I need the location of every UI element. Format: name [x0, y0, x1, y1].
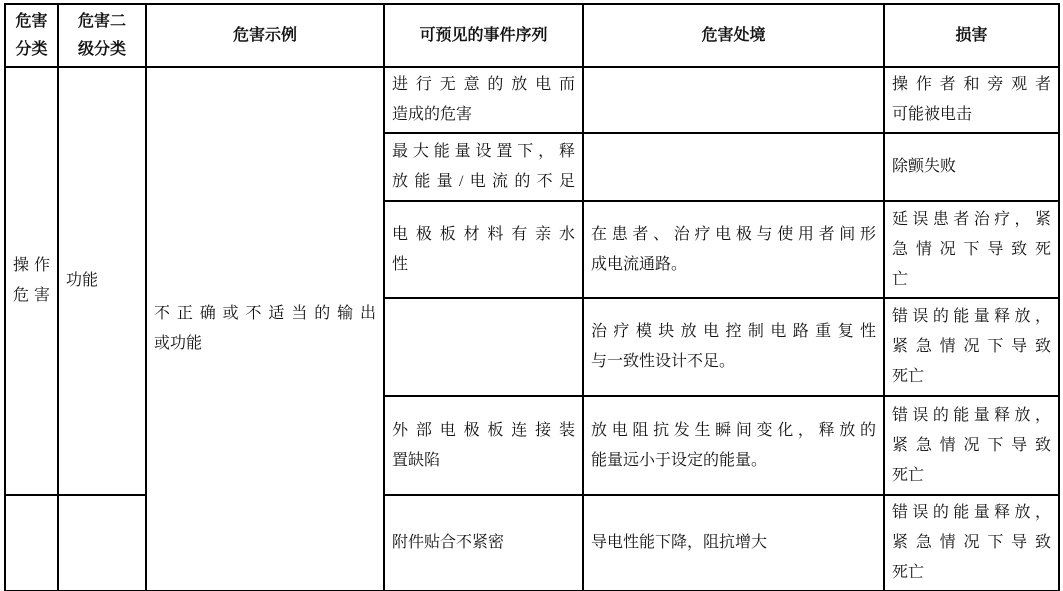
text-line: 危害二	[66, 8, 138, 36]
text-line: 功能	[66, 266, 138, 296]
risk-analysis-table: 危害分类 危害二级分类 危害示例 可预见的事件序列 危害处境 损害 操作危害 功…	[4, 3, 1060, 591]
text-line: 放能量/电流的不足	[392, 167, 575, 197]
text-line: 错误的能量释放，	[892, 498, 1051, 528]
text-line: 成电流通路。	[591, 250, 876, 280]
header-harm: 损害	[884, 4, 1059, 67]
cell-row3-harm: 延误患者治疗，紧急情况下导致死亡	[884, 201, 1059, 298]
text-line: 除颤失败	[892, 152, 1051, 182]
text-line: 损害	[892, 22, 1051, 50]
cell-hazard-class: 操作危害	[5, 67, 58, 495]
text-line: 或功能	[154, 329, 376, 359]
text-line: 导电性能下降，阻抗增大	[591, 528, 876, 558]
cell-row4-event-sequence	[384, 298, 583, 396]
header-hazard-subclass: 危害二级分类	[58, 4, 146, 67]
cell-hazard-class-continuation	[5, 495, 58, 591]
header-row: 危害分类 危害二级分类 危害示例 可预见的事件序列 危害处境 损害	[5, 4, 1059, 67]
text-line: 危害示例	[154, 22, 376, 50]
text-line: 在患者、治疗电极与使用者间形	[591, 220, 876, 250]
header-hazard-example: 危害示例	[146, 4, 384, 67]
cell-row4-harm: 错误的能量释放，紧急情况下导致死亡	[884, 298, 1059, 396]
header-hazardous-situation: 危害处境	[583, 4, 884, 67]
cell-row6-event-sequence: 附件贴合不紧密	[384, 495, 583, 591]
cell-hazard-subclass: 功能	[58, 67, 146, 495]
text-line: 错误的能量释放，	[892, 401, 1051, 431]
text-line: 亡	[892, 265, 1051, 295]
cell-row5-situation: 放电阻抗发生瞬间变化，释放的能量远小于设定的能量。	[583, 396, 884, 495]
text-line: 最大能量设置下，释	[392, 137, 575, 167]
cell-row1-event-sequence: 进行无意的放电而造成的危害	[384, 67, 583, 133]
cell-row2-event-sequence: 最大能量设置下，释放能量/电流的不足	[384, 133, 583, 201]
cell-row1-situation	[583, 67, 884, 133]
header-hazard-class: 危害分类	[5, 4, 58, 67]
cell-row5-event-sequence: 外部电极板连接装置缺陷	[384, 396, 583, 495]
text-line: 延误患者治疗，紧	[892, 205, 1051, 235]
cell-row1-harm: 操作者和旁观者可能被电击	[884, 67, 1059, 133]
text-line: 操作	[13, 251, 50, 281]
text-line: 置缺陷	[392, 446, 575, 476]
cell-row2-situation	[583, 133, 884, 201]
text-line: 可预见的事件序列	[392, 22, 575, 50]
text-line: 级分类	[66, 36, 138, 64]
text-line: 外部电极板连接装	[392, 416, 575, 446]
table-row: 操作危害 功能 不正确或不适当的输出或功能 进行无意的放电而造成的危害 操作者和…	[5, 67, 1059, 133]
text-line: 紧急情况下导致	[892, 431, 1051, 461]
text-line: 操作者和旁观者	[892, 70, 1051, 100]
text-line: 电极板材料有亲水	[392, 220, 575, 250]
text-line: 性	[392, 250, 575, 280]
cell-hazard-subclass-continuation	[58, 495, 146, 591]
text-line: 造成的危害	[392, 100, 575, 130]
text-line: 可能被电击	[892, 100, 1051, 130]
text-line: 危害	[13, 281, 50, 311]
text-line: 死亡	[892, 362, 1051, 392]
text-line: 进行无意的放电而	[392, 70, 575, 100]
text-line: 死亡	[892, 461, 1051, 491]
cell-row3-event-sequence: 电极板材料有亲水性	[384, 201, 583, 298]
text-line: 危害	[13, 8, 50, 36]
text-line: 放电阻抗发生瞬间变化，释放的	[591, 416, 876, 446]
text-line: 危害处境	[591, 22, 876, 50]
cell-row5-harm: 错误的能量释放，紧急情况下导致死亡	[884, 396, 1059, 495]
text-line: 紧急情况下导致	[892, 528, 1051, 558]
text-line: 紧急情况下导致	[892, 332, 1051, 362]
text-line: 能量远小于设定的能量。	[591, 446, 876, 476]
text-line: 分类	[13, 36, 50, 64]
cell-row4-situation: 治疗模块放电控制电路重复性与一致性设计不足。	[583, 298, 884, 396]
cell-hazard-example: 不正确或不适当的输出或功能	[146, 67, 384, 591]
cell-row6-harm: 错误的能量释放，紧急情况下导致死亡	[884, 495, 1059, 591]
text-line: 不正确或不适当的输出	[154, 299, 376, 329]
cell-row2-harm: 除颤失败	[884, 133, 1059, 201]
text-line: 附件贴合不紧密	[392, 528, 575, 558]
header-event-sequence: 可预见的事件序列	[384, 4, 583, 67]
text-line: 急情况下导致死	[892, 235, 1051, 265]
cell-row3-situation: 在患者、治疗电极与使用者间形成电流通路。	[583, 201, 884, 298]
text-line: 与一致性设计不足。	[591, 347, 876, 377]
text-line: 死亡	[892, 558, 1051, 588]
text-line: 错误的能量释放，	[892, 302, 1051, 332]
text-line: 治疗模块放电控制电路重复性	[591, 317, 876, 347]
cell-row6-situation: 导电性能下降，阻抗增大	[583, 495, 884, 591]
